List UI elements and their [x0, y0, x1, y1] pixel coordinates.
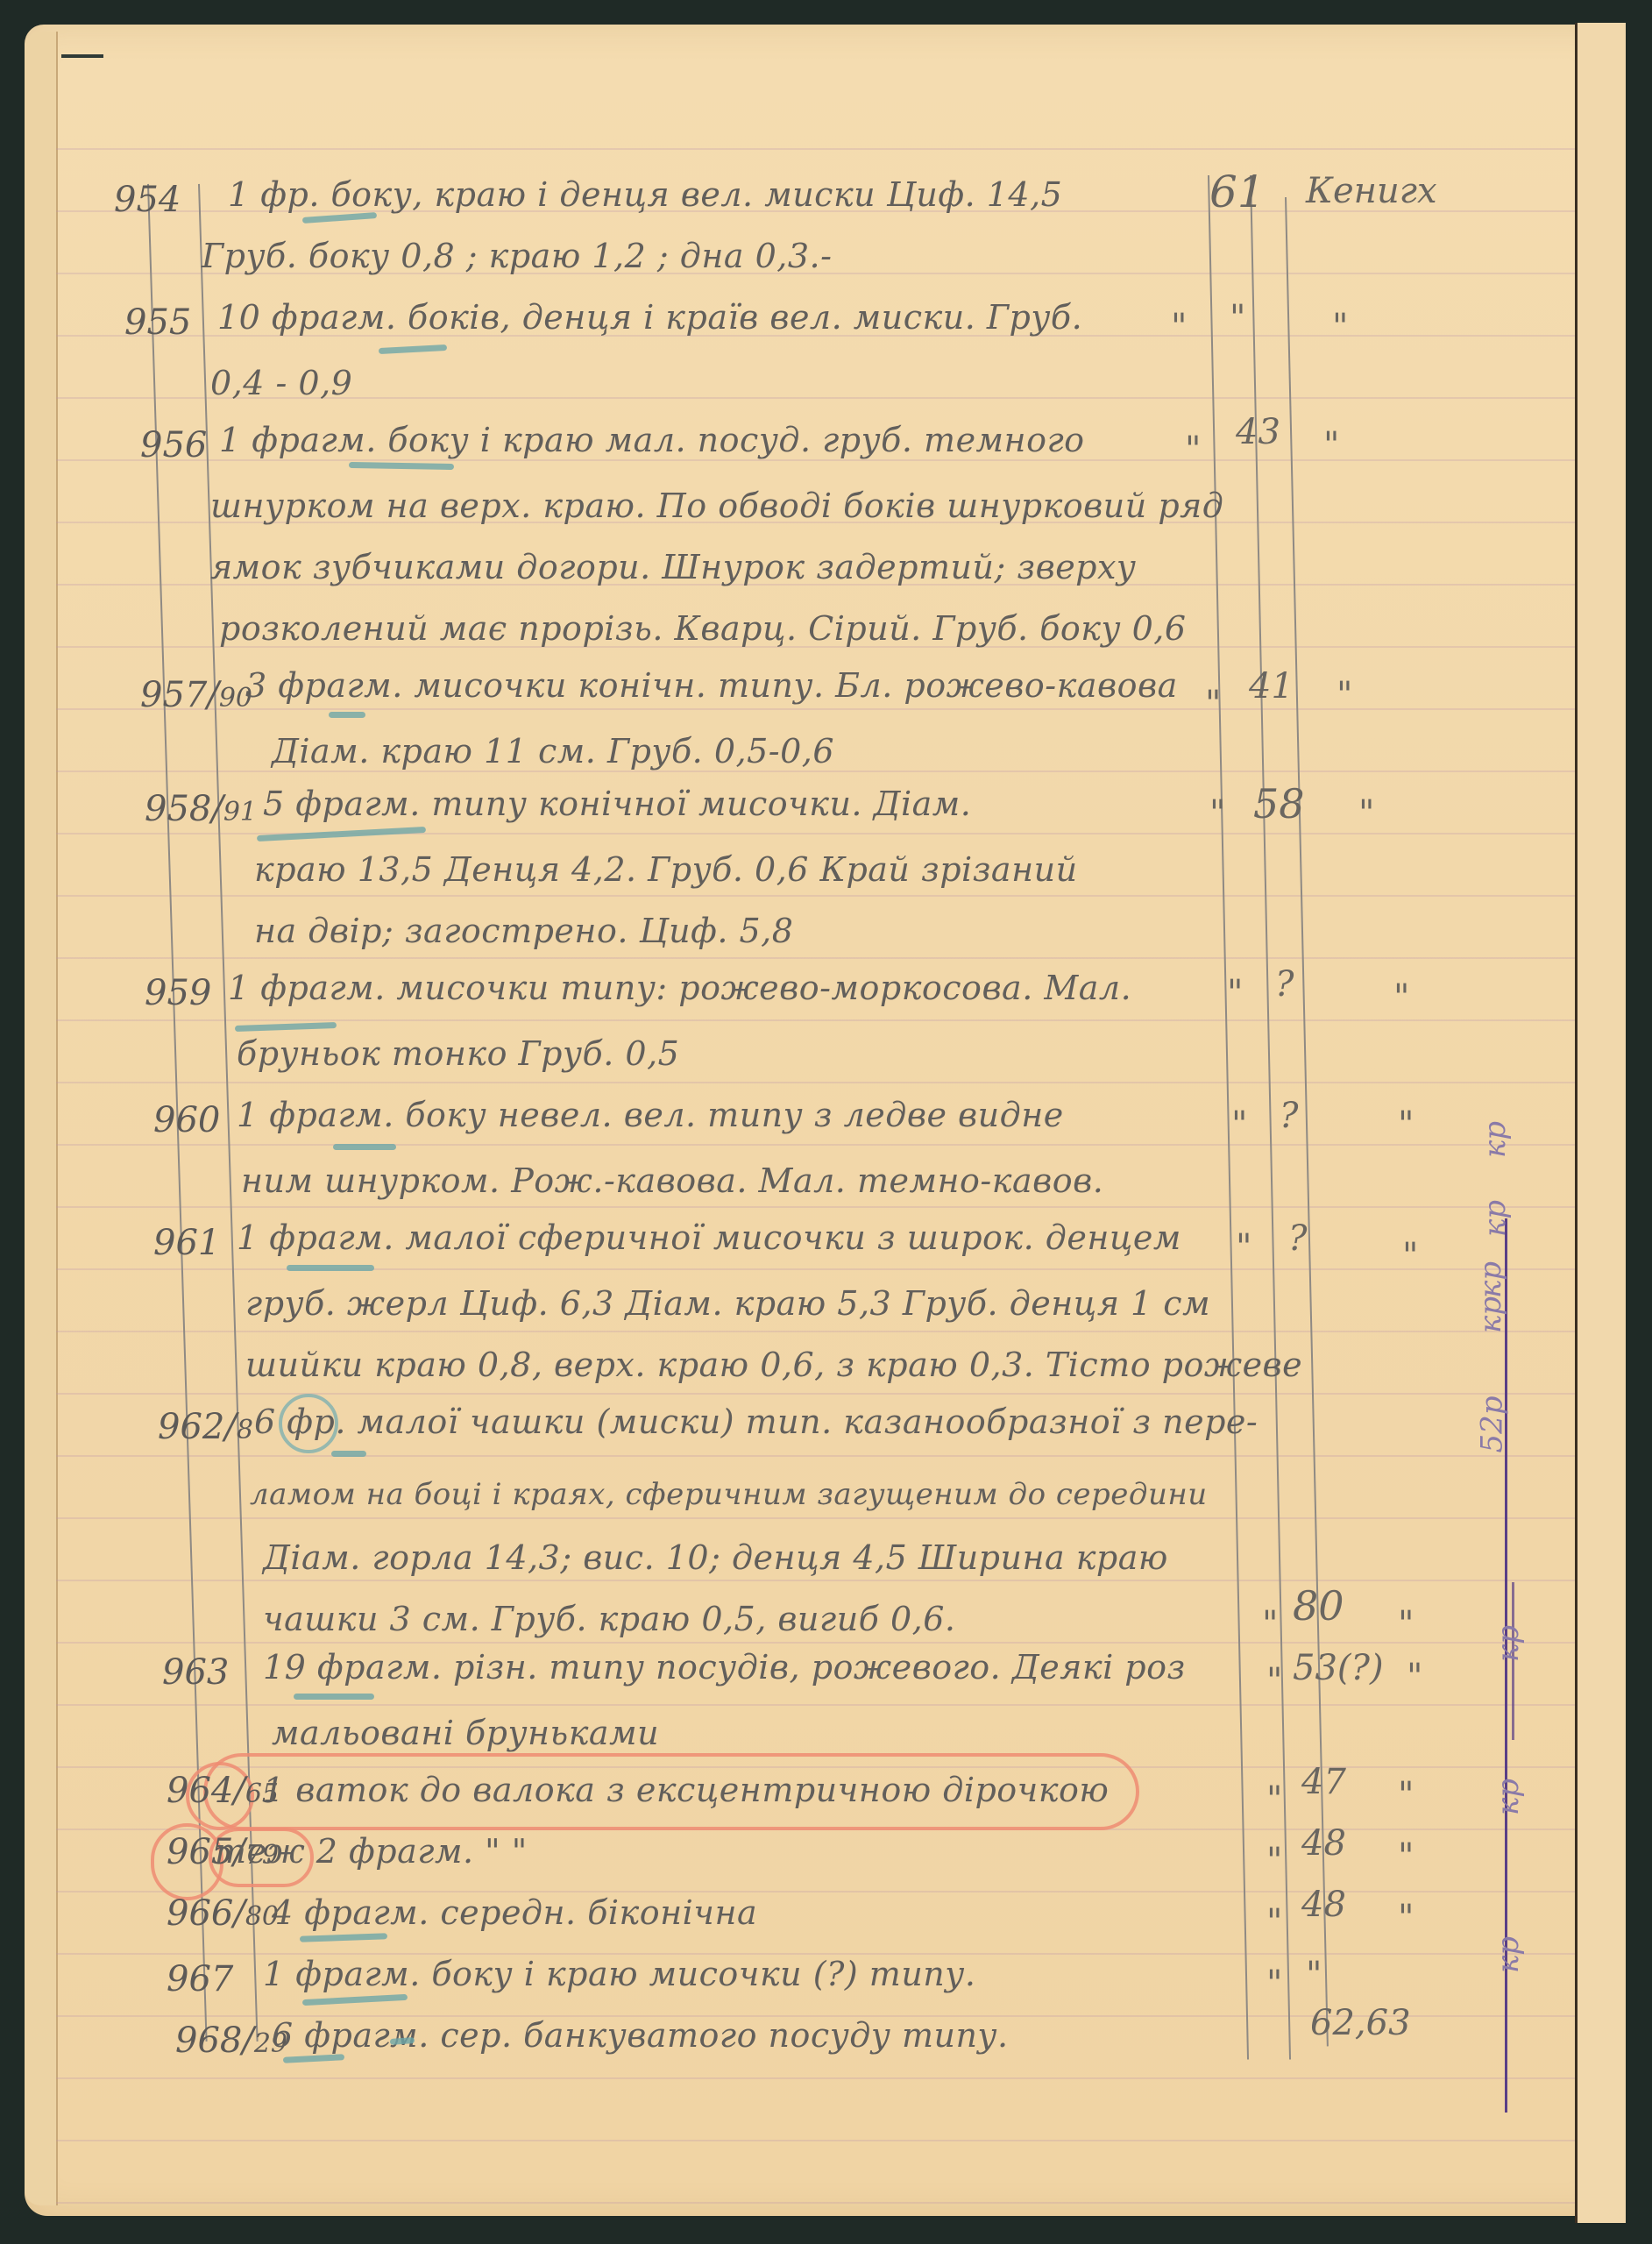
ruled-lines: [56, 88, 1575, 2209]
blue-underline: [287, 1265, 374, 1271]
box-number: 61: [1209, 167, 1266, 217]
entry-line: шнурком на верх. краю. По обводі боків ш…: [210, 486, 1223, 525]
entry-line: 1 фрагм. боку і краю мал. посуд. груб. т…: [219, 421, 1085, 459]
ditto-mark: ": [1227, 973, 1243, 1013]
entry-line: 0,4 - 0,9: [210, 364, 352, 402]
blue-underline: [333, 1144, 396, 1150]
entry-line: ним шнурком. Рож.-кавова. Мал. темно-кав…: [241, 1161, 1103, 1200]
note: ": [1332, 307, 1348, 347]
entry-line: 1 фрагм. боку невел. вел. типу з ледве в…: [237, 1096, 1064, 1134]
entry-number: 966/80: [167, 1893, 279, 1934]
note: ": [1402, 1236, 1418, 1276]
entry-number: 959: [145, 973, 211, 1013]
box-number: 47: [1301, 1762, 1346, 1802]
margin-mark: 52р: [1475, 1395, 1510, 1452]
ditto-mark: ": [1185, 430, 1201, 470]
box-number: 43: [1236, 412, 1280, 452]
entry-line: Груб. боку 0,8 ; краю 1,2 ; дна 0,3.-: [202, 237, 832, 275]
ditto-mark: ": [1236, 1227, 1251, 1268]
ditto-mark: ": [1266, 1841, 1282, 1881]
margin-mark: кр: [1491, 1779, 1526, 1815]
entry-number: 962/8: [158, 1407, 253, 1447]
margin-mark: кр: [1473, 1296, 1508, 1333]
ditto-mark: ": [1266, 1779, 1282, 1820]
margin-mark: кр: [1478, 1121, 1513, 1158]
box-number: 58: [1253, 780, 1305, 827]
entry-number: 963: [162, 1652, 229, 1693]
note: ": [1407, 1657, 1422, 1697]
blue-underline: [329, 712, 365, 718]
margin-mark: кр: [1491, 1936, 1526, 1973]
box-number: ": [1230, 298, 1245, 338]
box-number: ?: [1288, 1218, 1307, 1259]
ditto-mark: ": [1171, 307, 1187, 347]
entry-line: мальовані бруньками: [272, 1714, 659, 1752]
entry-number: 955: [124, 302, 191, 343]
box-number: 80: [1293, 1582, 1344, 1630]
box-number: ": [1306, 1955, 1322, 1995]
entry-line: 1 фрагм. боку і краю мисочки (?) типу.: [263, 1955, 975, 1993]
entry-number: 954: [114, 180, 181, 220]
entry-line: 3 фрагм. мисочки конічн. типу. Бл. рожев…: [245, 666, 1178, 705]
note: ": [1358, 793, 1374, 834]
page-fold-line: [1575, 23, 1578, 2223]
ditto-mark: ": [1266, 1963, 1282, 2004]
ditto-mark: ": [1262, 1604, 1278, 1644]
entry-line: груб. жерл Циф. 6,3 Діам. краю 5,3 Груб.…: [245, 1284, 1210, 1323]
note: ": [1398, 1836, 1414, 1877]
entry-line: Діам. горла 14,3; вис. 10; денця 4,5 Шир…: [263, 1538, 1168, 1577]
entry-line: 1 ваток до валока з ексцентричною дірочк…: [263, 1771, 1109, 1809]
entry-line: бруньок тонко Груб. 0,5: [237, 1034, 679, 1073]
note: ": [1323, 425, 1339, 465]
box-number: ?: [1280, 1096, 1298, 1136]
entry-line: 4 фрагм. середн. біконічна: [272, 1893, 757, 1932]
page-stack-edge: [25, 32, 58, 2205]
entry-number: 967: [167, 1959, 233, 1999]
blue-circle-annotation: [279, 1394, 338, 1453]
margin-mark: кр: [1478, 1200, 1513, 1237]
entry-line: шийки краю 0,8, верх. краю 0,6, з краю 0…: [245, 1346, 1302, 1384]
ditto-mark: ": [1231, 1104, 1247, 1145]
note: ": [1398, 1898, 1414, 1938]
note: ": [1336, 675, 1352, 715]
entry-line: 1 фр. боку, краю і денця вел. миски Циф.…: [228, 175, 1062, 214]
header-dash-mark: —: [61, 54, 103, 58]
note: Кенигх: [1306, 171, 1437, 211]
entry-number: 960: [153, 1100, 220, 1140]
entry-number: 956: [140, 425, 207, 465]
adjacent-page-strip: [1578, 23, 1626, 2223]
entry-line: 1 фрагм. малої сферичної мисочки з широк…: [237, 1218, 1181, 1257]
entry-number: 961: [153, 1223, 220, 1263]
note: ": [1398, 1775, 1414, 1815]
box-number: 48: [1301, 1823, 1346, 1864]
entry-line: 1 фрагм. мисочки типу: рожево-моркосова.…: [228, 969, 1131, 1007]
box-number: ?: [1275, 964, 1294, 1005]
entry-number: 968/29: [175, 2020, 287, 2061]
ditto-mark: ": [1209, 793, 1225, 834]
blue-underline: [294, 1694, 374, 1700]
entry-line: на двір; загострено. Циф. 5,8: [254, 912, 793, 950]
entry-line: 5 фрагм. типу конічної мисочки. Діам.: [263, 785, 971, 823]
entry-line: теж 2 фрагм. " ": [215, 1832, 528, 1871]
purple-margin-line: [1505, 1218, 1507, 2113]
margin-mark: кр: [1473, 1261, 1508, 1298]
entry-line: 6 фр. малої чашки (миски) тип. казанообр…: [254, 1402, 1258, 1441]
entry-line: розколений має прорізь. Кварц. Сірий. Гр…: [219, 609, 1187, 648]
box-number: 53(?): [1293, 1648, 1384, 1688]
ditto-mark: ": [1205, 684, 1221, 724]
margin-mark: кр: [1491, 1625, 1526, 1662]
entry-line: 10 фрагм. боків, денця і країв вел. миск…: [217, 298, 1082, 337]
entry-line: 19 фрагм. різн. типу посудів, рожевого. …: [263, 1648, 1186, 1687]
entry-number: 964/65: [167, 1771, 279, 1811]
entry-line: краю 13,5 Денця 4,2. Груб. 0,6 Край зріз…: [254, 850, 1078, 889]
note: ": [1398, 1104, 1414, 1145]
note: ": [1393, 977, 1409, 1018]
ditto-mark: ": [1266, 1661, 1282, 1701]
entry-line: 6 фрагм. сер. банкуватого посуду типу.: [272, 2016, 1009, 2055]
entry-number: 958/91: [145, 789, 257, 829]
box-number: 41: [1249, 666, 1294, 707]
entry-number: 957/90: [140, 675, 252, 715]
blue-underline: [331, 1451, 366, 1457]
box-number: 62,63: [1310, 2003, 1411, 2043]
entry-line: чашки 3 см. Груб. краю 0,5, вигиб 0,6.: [263, 1600, 955, 1638]
note: ": [1398, 1604, 1414, 1644]
entry-line: Діам. краю 11 см. Груб. 0,5-0,6: [272, 732, 834, 770]
ditto-mark: ": [1266, 1902, 1282, 1942]
box-number: 48: [1301, 1885, 1346, 1925]
entry-line: ламом на боці і краях, сферичним загущен…: [250, 1477, 1208, 1512]
entry-line: ямок зубчиками догори. Шнурок задертий; …: [210, 548, 1136, 586]
